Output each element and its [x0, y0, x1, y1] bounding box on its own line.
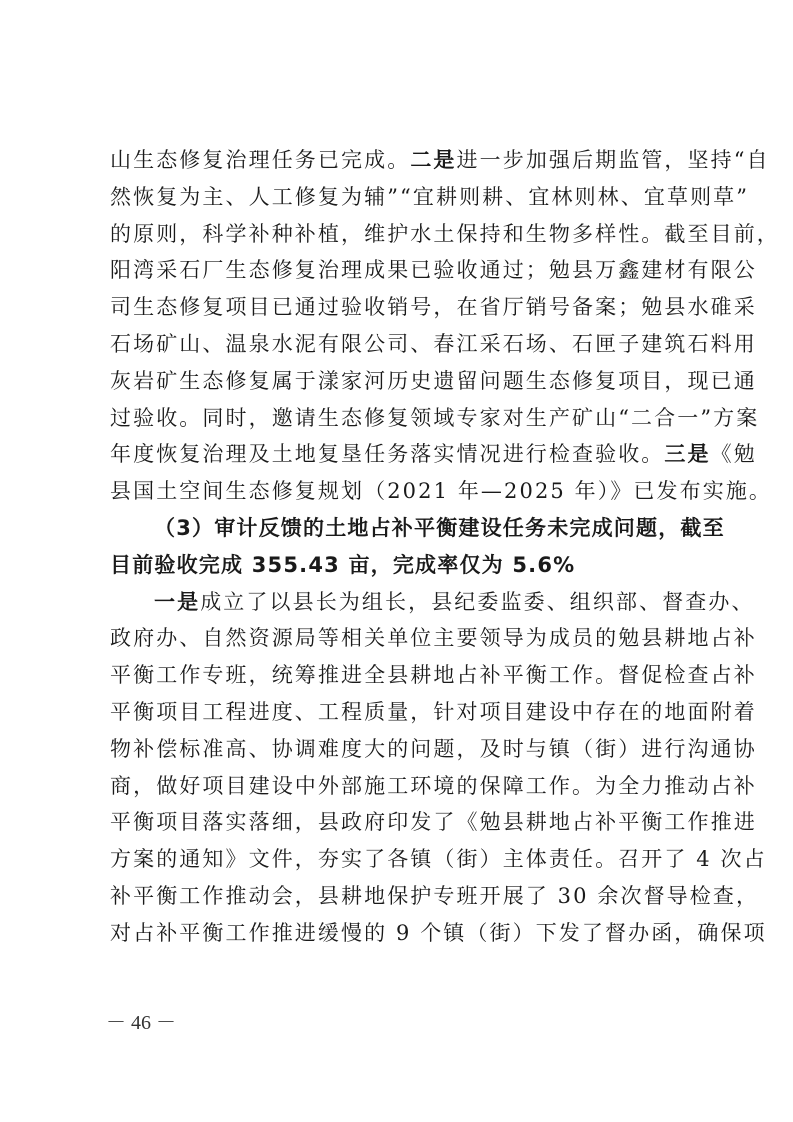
- text-line: 年度恢复治理及土地复垦任务落实情况进行检查验收。三是《勉: [110, 436, 693, 473]
- text-line: 方案的通知》文件，夯实了各镇（街）主体责任。召开了 4 次占: [110, 841, 693, 878]
- text-line: 县国土空间生态修复规划（2021 年—2025 年）》已发布实施。: [110, 473, 693, 510]
- emphasis-label: 二是: [410, 148, 456, 172]
- section-heading: （3）审计反馈的土地占补平衡建设任务未完成问题，截至 目前验收完成 355.43…: [110, 510, 693, 584]
- heading-line: （3）审计反馈的土地占补平衡建设任务未完成问题，截至: [110, 510, 693, 547]
- text-line: 平衡项目工程进度、工程质量，针对项目建设中存在的地面附着: [110, 694, 693, 731]
- paragraph-ecological-restoration: 山生态修复治理任务已完成。二是进一步加强后期监管，坚持“自 然恢复为主、人工修复…: [110, 142, 693, 510]
- text-line: 平衡工作专班，统筹推进全县耕地占补平衡工作。督促检查占补: [110, 657, 693, 694]
- text-line: 政府办、自然资源局等相关单位主要领导为成员的勉县耕地占补: [110, 620, 693, 657]
- text-line: 然恢复为主、人工修复为辅”“宜耕则耕、宜林则林、宜草则草”: [110, 179, 693, 216]
- text-line: 过验收。同时，邀请生态修复领域专家对生产矿山“二合一”方案: [110, 400, 693, 437]
- emphasis-label: 三是: [664, 442, 710, 466]
- text-line: 灰岩矿生态修复属于漾家河历史遗留问题生态修复项目，现已通: [110, 363, 693, 400]
- text-line: 对占补平衡工作推进缓慢的 9 个镇（街）下发了督办函，确保项: [110, 915, 693, 952]
- text-line: 司生态修复项目已通过验收销号，在省厅销号备案；勉县水碓采: [110, 289, 693, 326]
- page-number: － 46 －: [106, 1006, 176, 1035]
- paragraph-land-balance: 一是成立了以县长为组长，县纪委监委、组织部、督查办、 政府办、自然资源局等相关单…: [110, 584, 693, 952]
- text-line: 一是成立了以县长为组长，县纪委监委、组织部、督查办、: [110, 584, 693, 621]
- text-line: 物补偿标准高、协调难度大的问题，及时与镇（街）进行沟通协: [110, 731, 693, 768]
- text-line: 平衡项目落实落细，县政府印发了《勉县耕地占补平衡工作推进: [110, 804, 693, 841]
- document-body: 山生态修复治理任务已完成。二是进一步加强后期监管，坚持“自 然恢复为主、人工修复…: [110, 142, 693, 952]
- text-line: 商，做好项目建设中外部施工环境的保障工作。为全力推动占补: [110, 768, 693, 805]
- text-line: 补平衡工作推动会，县耕地保护专班开展了 30 余次督导检查，: [110, 878, 693, 915]
- text-line: 的原则，科学补种补植，维护水土保持和生物多样性。截至目前，: [110, 216, 693, 253]
- document-page: 山生态修复治理任务已完成。二是进一步加强后期监管，坚持“自 然恢复为主、人工修复…: [0, 0, 793, 1122]
- emphasis-label: 一是: [154, 590, 200, 614]
- heading-line: 目前验收完成 355.43 亩，完成率仅为 5.6%: [110, 547, 693, 584]
- text-line: 山生态修复治理任务已完成。二是进一步加强后期监管，坚持“自: [110, 142, 693, 179]
- text-line: 阳湾采石厂生态修复治理成果已验收通过；勉县万鑫建材有限公: [110, 252, 693, 289]
- text-line: 石场矿山、温泉水泥有限公司、春江采石场、石匣子建筑石料用: [110, 326, 693, 363]
